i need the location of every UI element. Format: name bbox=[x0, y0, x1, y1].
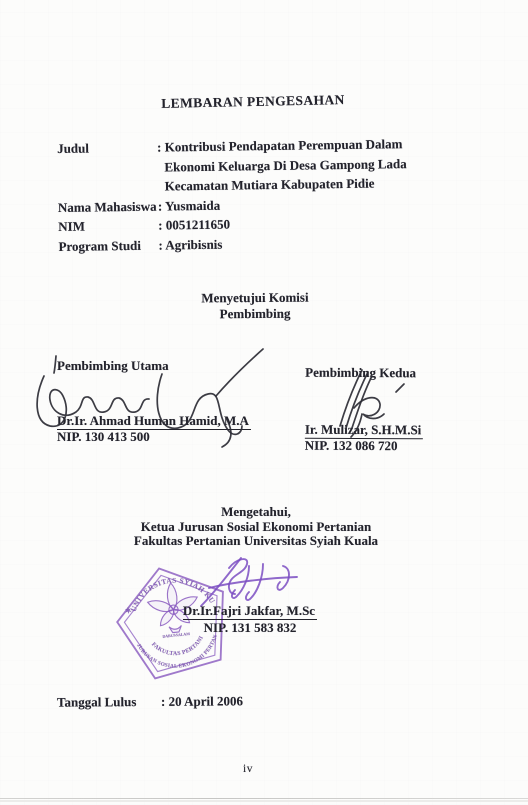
official-signature bbox=[193, 550, 305, 610]
page-title: LEMBARAN PENGESAHAN bbox=[0, 89, 506, 116]
thesis-info-section: Judul : Kontribusi Pendapatan Perempuan … bbox=[57, 133, 479, 256]
prodi-label: Program Studi bbox=[58, 235, 158, 256]
approval-heading: Menyetujui Komisi Pembimbing bbox=[0, 288, 510, 323]
judul-line-3: Kecamatan Mutiara Kabupaten Pidie bbox=[158, 173, 408, 196]
endorsement-line2: Ketua Jurusan Sosial Ekonomi Pertanian bbox=[0, 520, 512, 535]
stamp-star-icon: ✶ bbox=[124, 606, 132, 616]
official-name: Dr.Ir.Fajri Jakfar, M.Sc bbox=[183, 603, 317, 620]
scan-edge-line bbox=[0, 798, 528, 799]
approval-heading-line2: Pembimbing bbox=[0, 304, 510, 323]
graduation-date-row: Tanggal Lulus : 20 April 2006 bbox=[57, 693, 243, 710]
endorsement-heading: Mengetahui, Ketua Jurusan Sosial Ekonomi… bbox=[0, 505, 512, 549]
scan-edge-shadow bbox=[0, 800, 528, 802]
advisor2-nip: NIP. 132 086 720 bbox=[305, 439, 423, 454]
nim-value: : 0051211650 bbox=[158, 215, 230, 236]
graduation-date-label: Tanggal Lulus bbox=[57, 694, 161, 711]
nim-label: NIM bbox=[58, 216, 158, 237]
judul-label: Judul bbox=[57, 138, 158, 198]
prodi-value: : Agribisnis bbox=[158, 234, 222, 254]
scanned-approval-page: LEMBARAN PENGESAHAN Judul : Kontribusi P… bbox=[0, 0, 528, 805]
nama-value: : Yusmaida bbox=[158, 195, 221, 215]
advisor2-signature bbox=[318, 364, 418, 440]
nama-label: Nama Mahasiswa bbox=[58, 196, 158, 217]
advisor1-signature bbox=[30, 340, 270, 452]
judul-value: : Kontribusi Pendapatan Perempuan Dalam … bbox=[157, 134, 407, 196]
endorsement-line1: Mengetahui, bbox=[0, 505, 512, 520]
info-row-judul: Judul : Kontribusi Pendapatan Perempuan … bbox=[57, 133, 478, 197]
page-number: iv bbox=[0, 763, 496, 775]
graduation-date-value: : 20 April 2006 bbox=[161, 693, 243, 710]
official-nip: NIP. 131 583 832 bbox=[140, 620, 360, 635]
official-block: Dr.Ir.Fajri Jakfar, M.Sc NIP. 131 583 83… bbox=[140, 603, 360, 635]
endorsement-line3: Fakultas Pertanian Universitas Syiah Kua… bbox=[0, 534, 512, 549]
